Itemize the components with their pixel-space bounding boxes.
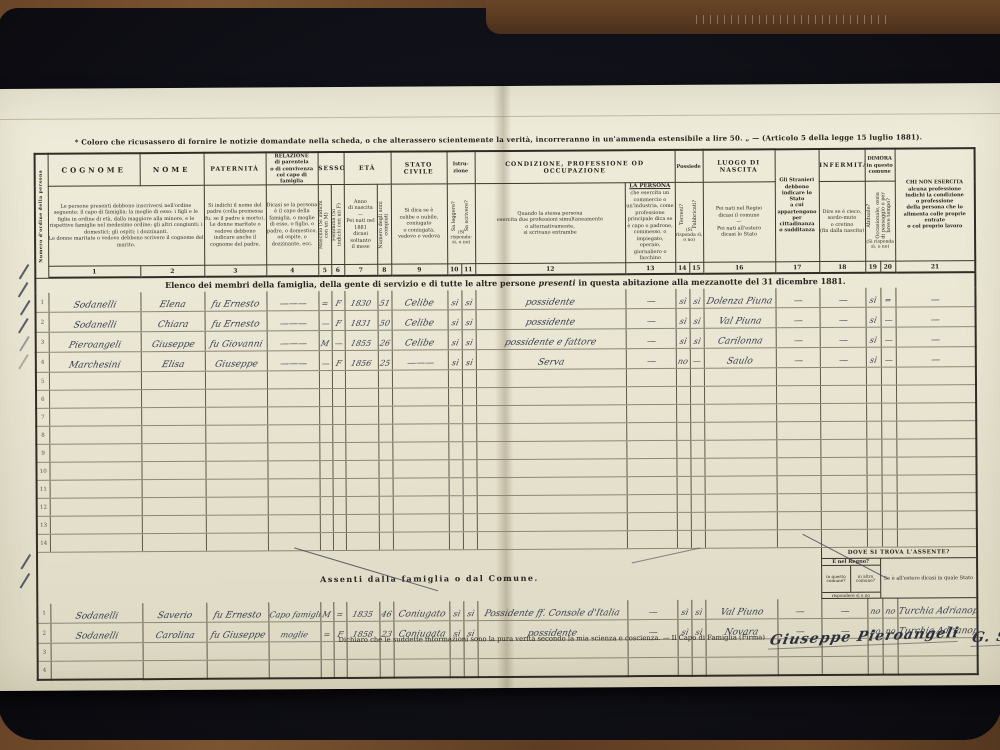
cell-abituale: sì xyxy=(866,348,881,368)
empty-cell xyxy=(332,407,345,425)
cell-anno: 1856 xyxy=(345,351,378,371)
desc-dimora: Abituale? Occasionale, ossia di passaggi… xyxy=(865,181,895,261)
empty-cell xyxy=(896,439,976,457)
col-title-condizione: CONDIZIONE, PROFESSIONE OD OCCUPAZIONE xyxy=(475,150,675,184)
colnum-2: 2 xyxy=(140,265,204,277)
empty-cell xyxy=(776,458,820,476)
cell-fabbricati: sì xyxy=(689,289,703,309)
cell-sesso-m: M xyxy=(319,331,332,351)
anni-compiuti-label: Numero degli anni compiuti xyxy=(378,199,389,249)
colnum-15: 15 xyxy=(689,262,703,274)
dimora-nota: (Si risponda sì, o no) xyxy=(866,241,895,252)
empty-cell xyxy=(477,495,627,514)
cell-chi-non: — xyxy=(896,327,976,347)
row-number: 14 xyxy=(37,535,50,553)
empty-cell xyxy=(143,661,207,679)
empty-cell xyxy=(626,459,676,477)
empty-cell xyxy=(690,369,704,387)
row-number: 1 xyxy=(35,293,48,313)
empty-cell xyxy=(896,385,976,403)
col-title-paternita: PATERNITÀ xyxy=(204,152,266,185)
empty-cell xyxy=(448,406,462,424)
row-number: 13 xyxy=(37,517,50,535)
colnum-18: 18 xyxy=(819,261,865,273)
colnum-12: 12 xyxy=(475,263,625,276)
empty-cell xyxy=(345,371,378,389)
table-header-and-filled-rows: Numero d'ordine della persona COGNOME NO… xyxy=(35,148,976,373)
cell-cognome: Sodanelli xyxy=(50,623,142,644)
empty-cell xyxy=(476,423,626,442)
possiede-nota: (Si risponda sì, o no) xyxy=(676,229,703,245)
empty-cell xyxy=(347,660,380,678)
empty-cell xyxy=(50,480,142,499)
empty-cell xyxy=(777,494,821,512)
abituale-label: Abituale? xyxy=(867,204,873,228)
empty-cell xyxy=(462,424,476,442)
empty-cell xyxy=(378,461,392,479)
empty-cell xyxy=(50,534,142,553)
desc-sesso-f: Femmina (Si indichi con un F) xyxy=(331,185,345,265)
row-number: 4 xyxy=(36,353,49,373)
desc-stato-civile: Si dica se è celibe o nubile, coniugato … xyxy=(391,184,447,264)
empty-cell xyxy=(476,405,626,424)
col-title-luogo-nascita: LUOGO DI NASCITA xyxy=(703,149,775,182)
empty-cell xyxy=(333,533,346,551)
cell-infermita: — xyxy=(819,288,865,308)
cell-nome: Elena xyxy=(140,292,204,312)
empty-cell xyxy=(690,387,704,405)
cell-abituale: sì xyxy=(865,288,880,308)
empty-cell xyxy=(207,660,269,678)
cell-relazione: ——— xyxy=(267,351,319,371)
empty-cell xyxy=(49,462,141,481)
empty-cell xyxy=(269,642,321,660)
cell-cognome: Pieroangeli xyxy=(49,332,141,353)
empty-cell xyxy=(866,422,881,440)
empty-cell xyxy=(868,657,883,675)
empty-cell xyxy=(691,477,705,495)
empty-cell xyxy=(267,461,319,479)
col-title-cognome: COGNOME xyxy=(48,153,140,186)
empty-cell xyxy=(448,370,462,388)
empty-cell xyxy=(205,389,267,407)
col-title-stato-civile: STATO CIVILE xyxy=(391,151,447,184)
empty-cell xyxy=(776,404,820,422)
empty-cell xyxy=(334,660,347,678)
empty-cell xyxy=(691,531,705,549)
empty-cell xyxy=(393,496,449,514)
empty-cell xyxy=(268,497,320,515)
empty-cell xyxy=(691,513,705,531)
empty-cell xyxy=(626,369,676,387)
empty-cell xyxy=(393,478,449,496)
desc-istruzione: Sa leggere? Sa scrivere? (Si risponda: s… xyxy=(447,184,475,264)
empty-cell xyxy=(898,656,978,674)
col-title-dimora: DIMORA in questo comune xyxy=(865,149,895,182)
empty-cell xyxy=(269,660,321,678)
empty-cell xyxy=(267,425,319,443)
cell-luogo: Dolenza Piuna xyxy=(703,289,775,309)
cell-relazione: Capo famiglia xyxy=(268,602,320,622)
cell-stranieri: — xyxy=(775,288,819,308)
empty-cell xyxy=(319,443,332,461)
cell-sesso-m: = xyxy=(320,622,333,642)
assenti-caption: Assenti dalla famiglia o dal Comune. xyxy=(320,573,539,584)
colnum-8: 8 xyxy=(377,264,391,276)
empty-cell xyxy=(345,425,378,443)
row-number: 3 xyxy=(36,333,49,353)
empty-cell xyxy=(691,495,705,513)
empty-cell xyxy=(627,477,677,495)
cell-paternita: fu Ernesto xyxy=(204,292,266,312)
empty-cell xyxy=(896,367,976,385)
cell-anni: 50 xyxy=(378,311,392,331)
empty-cell xyxy=(881,403,896,421)
empty-cell xyxy=(141,426,205,444)
empty-cell xyxy=(345,461,378,479)
empty-cell xyxy=(882,529,897,547)
cell-terreni: sì xyxy=(677,600,691,620)
empty-cell xyxy=(820,422,866,440)
empty-cell xyxy=(866,440,881,458)
sa-scrivere-label: Sa scrivere? xyxy=(465,200,471,231)
cell-paternita: Giuseppe xyxy=(205,351,267,371)
empty-cell xyxy=(448,388,462,406)
cell-persona: — xyxy=(626,309,676,329)
empty-cell xyxy=(462,442,476,460)
row-number: 3 xyxy=(38,644,51,662)
empty-cell xyxy=(142,516,206,534)
row-number: 11 xyxy=(37,481,50,499)
cell-abituale: sì xyxy=(866,328,881,348)
empty-cell xyxy=(626,405,676,423)
empty-cell xyxy=(319,425,332,443)
cell-anno: 1835 xyxy=(346,602,379,622)
empty-cell xyxy=(205,443,267,461)
empty-cell xyxy=(205,425,267,443)
cell-professione: Serva xyxy=(476,349,626,370)
empty-cell xyxy=(881,367,896,385)
empty-cell xyxy=(897,493,977,511)
colnum-4: 4 xyxy=(266,264,318,276)
empty-cell xyxy=(380,660,394,678)
empty-cell xyxy=(392,460,448,478)
cell-anno: 1855 xyxy=(345,331,378,351)
desc-anni-compiuti: Numero degli anni compiuti xyxy=(377,184,391,264)
cell-anni: 26 xyxy=(378,331,392,351)
cell-professione: possidente e fattore xyxy=(476,329,626,350)
empty-cell xyxy=(392,388,448,406)
dove-questo: in questo comune? xyxy=(822,566,852,592)
terreni-label: Terreni? xyxy=(679,204,685,225)
cell-occasionale: — xyxy=(881,347,896,367)
empty-cell xyxy=(676,441,690,459)
empty-cell xyxy=(820,458,866,476)
col-title-chi-non-esercita: CHI NON ESERCITA alcuna professione indi… xyxy=(895,148,976,261)
empty-cell xyxy=(896,457,976,475)
empty-cell xyxy=(206,515,268,533)
empty-cell xyxy=(379,479,393,497)
cell-sesso-f: = xyxy=(333,602,346,622)
cell-sesso-m: — xyxy=(319,351,332,371)
cell-relazione: ——— xyxy=(266,291,318,311)
cell-stato: Celibe xyxy=(392,310,448,330)
empty-cell xyxy=(476,441,626,460)
empty-cell xyxy=(449,478,463,496)
assenti-caption-cell: Assenti dalla famiglia o dal Comune. xyxy=(37,548,821,604)
empty-cell xyxy=(392,442,448,460)
margin-tick xyxy=(18,318,28,333)
desc-possiede: Terreni? Fabbricati? (Si risponda sì, o … xyxy=(675,183,704,263)
empty-cell xyxy=(319,389,332,407)
cell-relazione: moglie xyxy=(268,622,320,642)
cell-paternita: fu Giovanni xyxy=(205,331,267,351)
empty-cell xyxy=(882,493,897,511)
cell-occasionale: — xyxy=(881,327,896,347)
empty-cell xyxy=(207,642,269,660)
cell-professione: Possidente ff. Console d'Italia xyxy=(477,600,627,621)
cell-nome: Carolina xyxy=(142,623,206,643)
cell-scrive: sì xyxy=(462,310,476,330)
cell-legge: sì xyxy=(449,601,463,621)
empty-cell xyxy=(677,531,691,549)
colnum-17: 17 xyxy=(775,261,819,273)
empty-cell xyxy=(867,530,882,548)
empty-cell xyxy=(705,476,777,494)
empty-cell xyxy=(332,461,345,479)
cell-infermita: — xyxy=(820,348,866,368)
empty-cell xyxy=(478,658,628,677)
cell-cognome: Marchesini xyxy=(49,352,141,373)
row-number: 2 xyxy=(36,313,49,333)
cell-sesso-f: F xyxy=(331,291,344,311)
empty-cell xyxy=(320,515,333,533)
empty-cell xyxy=(205,407,267,425)
empty-cell xyxy=(776,368,820,386)
cell-chi-non: — xyxy=(896,307,976,327)
cell-relazione: ——— xyxy=(267,311,319,331)
empty-cell xyxy=(320,479,333,497)
cell-cognome: Sodanelli xyxy=(50,603,142,624)
empty-cell xyxy=(676,387,690,405)
empty-cell xyxy=(692,658,706,676)
empty-cell xyxy=(393,532,449,550)
cell-chi-non: — xyxy=(896,347,976,367)
census-table: Numero d'ordine della persona COGNOME NO… xyxy=(34,147,979,681)
empty-cell xyxy=(50,498,142,517)
empty-cell xyxy=(704,404,776,422)
empty-cell xyxy=(690,405,704,423)
cell-persona: — xyxy=(627,600,677,620)
colnum-14: 14 xyxy=(675,262,689,274)
empty-cell xyxy=(448,424,462,442)
cell-stato: Coniugato xyxy=(393,601,449,621)
empty-cell xyxy=(690,441,704,459)
cell-infermita: — xyxy=(820,308,866,328)
margin-tick xyxy=(19,336,29,351)
cell-sesso-f: F xyxy=(332,311,345,331)
empty-cell xyxy=(627,513,677,531)
row-number: 4 xyxy=(38,662,51,680)
empty-cell xyxy=(378,443,392,461)
wood-notch xyxy=(486,0,1000,34)
empty-cell xyxy=(448,442,462,460)
empty-cell xyxy=(141,462,205,480)
empty-cell xyxy=(690,423,704,441)
cell-anni: 51 xyxy=(377,291,391,311)
empty-cell xyxy=(866,368,881,386)
empty-cell xyxy=(268,479,320,497)
empty-cell xyxy=(378,407,392,425)
desc-relazione: Dicasi se la persona è il capo della fam… xyxy=(266,185,318,265)
desc-anno-nascita: Anno di nascita — Pei nati nel 1881 dica… xyxy=(344,184,377,264)
margin-tick xyxy=(20,573,30,588)
empty-cell xyxy=(676,369,690,387)
empty-cell xyxy=(332,443,345,461)
empty-cell xyxy=(50,516,142,535)
empty-cell xyxy=(881,385,896,403)
desc-condizione: Quando la stessa persona esercita due pr… xyxy=(475,183,625,264)
margin-tick xyxy=(18,354,28,369)
cell-paternita: fu Ernesto xyxy=(206,602,268,622)
empty-cell xyxy=(449,514,463,532)
cell-luogo: Val Piuno xyxy=(705,599,777,619)
cell-stranieri: — xyxy=(776,348,820,368)
cell-scrive: sì xyxy=(462,350,476,370)
empty-cell xyxy=(51,661,143,680)
empty-cell xyxy=(882,475,897,493)
empty-cell xyxy=(319,461,332,479)
empty-cell xyxy=(392,424,448,442)
cell-anni: 25 xyxy=(378,351,392,371)
empty-cell xyxy=(345,389,378,407)
empty-cell xyxy=(626,423,676,441)
cell-luogo: Val Piuna xyxy=(704,308,776,328)
cell-professione: possidente xyxy=(476,309,626,330)
empty-cell xyxy=(51,643,143,662)
cell-stato: Celibe xyxy=(391,291,447,311)
empty-cell xyxy=(141,444,205,462)
cell-luogo: Saulo xyxy=(704,348,776,368)
desc-sesso-m: Maschio (Si indichi con un M) xyxy=(318,185,331,265)
row-number: 8 xyxy=(36,427,49,445)
empty-cell xyxy=(268,515,320,533)
dove-altro: in altro comune? xyxy=(851,566,880,592)
empty-cell xyxy=(49,372,141,391)
col-title-possiede: Possiede xyxy=(675,150,703,183)
cell-paternita: fu Giuseppe xyxy=(206,622,268,642)
empty-cell xyxy=(346,515,379,533)
empty-cell xyxy=(463,532,477,550)
empty-cell xyxy=(464,659,478,677)
empty-cell xyxy=(677,495,691,513)
cell-abituale: sì xyxy=(866,308,881,328)
dove-nota: rispondere sì o no xyxy=(822,592,880,598)
empty-cell xyxy=(822,657,868,675)
empty-cell xyxy=(332,389,345,407)
empty-cell xyxy=(821,512,867,530)
empty-cell xyxy=(267,389,319,407)
empty-cell xyxy=(704,458,776,476)
empty-cell xyxy=(704,368,776,386)
empty-cell xyxy=(345,443,378,461)
cell-infermita: — xyxy=(821,599,867,619)
empty-cell xyxy=(332,371,345,389)
col-number-vertical: Numero d'ordine della persona xyxy=(35,154,49,278)
empty-cell xyxy=(463,496,477,514)
empty-cell xyxy=(897,529,977,547)
empty-cell xyxy=(267,371,319,389)
colnum-20: 20 xyxy=(880,261,895,273)
cell-fabbricati: sì xyxy=(690,309,704,329)
empty-cell xyxy=(449,532,463,550)
cell-regno-questo: no xyxy=(867,599,882,619)
empty-cell xyxy=(462,406,476,424)
desc-la-persona: LA PERSONA che esercita un commercio o u… xyxy=(625,183,675,263)
empty-cell xyxy=(319,371,332,389)
margin-tick xyxy=(20,300,30,315)
colnum-21: 21 xyxy=(895,260,975,272)
ruler-ticks xyxy=(696,15,886,24)
empty-cell xyxy=(626,441,676,459)
cell-legge: sì xyxy=(448,310,462,330)
margin-tick xyxy=(20,554,30,569)
empty-cell xyxy=(896,421,976,439)
empty-cell xyxy=(379,533,393,551)
cell-stranieri: — xyxy=(777,599,821,619)
cell-sesso-m: M xyxy=(320,602,333,622)
empty-cell xyxy=(49,390,141,409)
col-title-eta: ETÀ xyxy=(344,152,391,185)
col-title-stranieri: Gli Stranieri debbono indicare lo Stato … xyxy=(775,149,820,262)
cell-fabbricati: — xyxy=(690,349,704,369)
empty-cell xyxy=(776,386,820,404)
empty-cell xyxy=(867,476,882,494)
cell-sesso-m: = xyxy=(318,291,331,311)
empty-cell xyxy=(392,370,448,388)
colnum-9: 9 xyxy=(391,264,447,276)
col-title-istruzione: Istru- zione xyxy=(447,151,475,184)
col-title-sesso: SESSO xyxy=(318,152,344,185)
empty-cell xyxy=(477,477,627,496)
cell-stato-estero: Turchia Adrianopoli xyxy=(897,598,977,618)
empty-cell xyxy=(477,531,627,550)
cell-infermita: — xyxy=(820,328,866,348)
la-persona-desc: che esercita un commercio o un'industria… xyxy=(625,190,674,262)
empty-cell xyxy=(706,657,778,675)
declaration-text: Dichiaro che le suddette informazioni so… xyxy=(339,633,765,644)
empty-cell xyxy=(777,512,821,530)
desc-infermita: Dire se è cieco, sordo-muto o cretino (f… xyxy=(819,182,865,262)
empty-cell xyxy=(676,405,690,423)
empty-cell xyxy=(676,423,690,441)
colnum-1: 1 xyxy=(48,266,140,279)
empty-cell xyxy=(881,457,896,475)
empty-cell xyxy=(378,389,392,407)
empty-cell xyxy=(676,459,690,477)
empty-cell xyxy=(379,515,393,533)
caption-pre: Elenco dei membri della famiglia, della … xyxy=(165,278,538,290)
row-number: 5 xyxy=(36,373,49,391)
cell-paternita: fu Ernesto xyxy=(205,311,267,331)
caption-italic: presenti xyxy=(538,278,575,288)
empty-cell xyxy=(205,371,267,389)
empty-cell xyxy=(677,477,691,495)
empty-cell xyxy=(628,658,678,676)
empty-cell xyxy=(627,531,677,549)
cell-occasionale: — xyxy=(881,307,896,327)
empty-cell xyxy=(820,386,866,404)
